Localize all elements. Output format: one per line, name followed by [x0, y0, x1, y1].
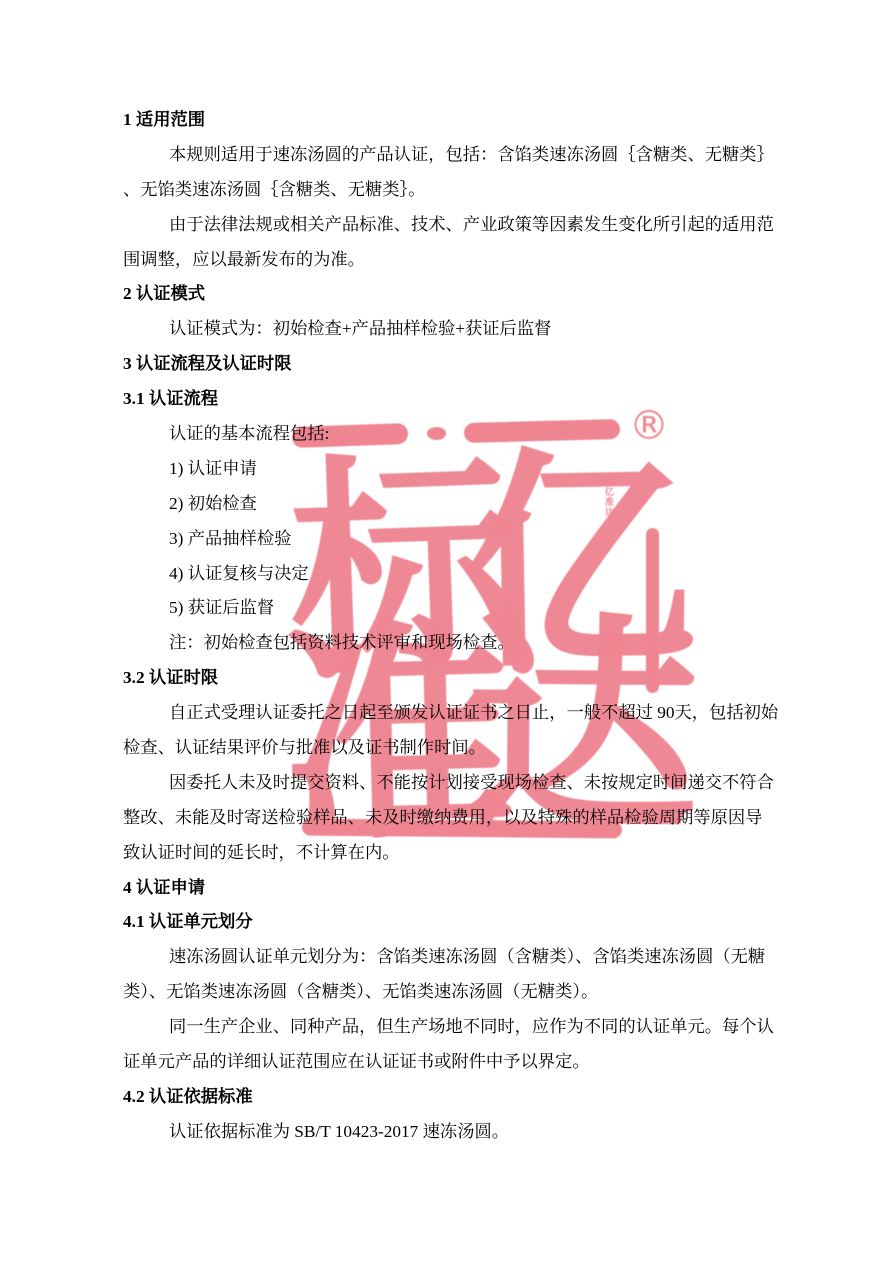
list-item: 2) 初始检查	[123, 487, 785, 522]
section-heading: 4.1 认证单元划分	[123, 905, 785, 940]
doc-line: 认证模式为：初始检查+产品抽样检验+获证后监督	[123, 312, 785, 347]
document-content: 1 适用范围 本规则适用于速冻汤圆的产品认证，包括：含馅类速冻汤圆｛含糖类、无糖…	[123, 103, 785, 1150]
note-line: 注：初始检查包括资料技术评审和现场检查。	[123, 626, 785, 661]
section-heading: 4.2 认证依据标准	[123, 1080, 785, 1115]
document-page: ® 标亿准达 标 亿 准 达 1 适用范围 本规则适用于速冻汤圆的产品认证，包括…	[0, 0, 893, 1263]
doc-line: 致认证时间的延长时，不计算在内。	[123, 836, 785, 871]
doc-line: 自正式受理认证委托之日起至颁发认证证书之日止，一般不超过 90天，包括初始	[123, 696, 785, 731]
list-item: 3) 产品抽样检验	[123, 522, 785, 557]
doc-line: 整改、未能及时寄送检验样品、未及时缴纳费用，以及特殊的样品检验周期等原因导	[123, 801, 785, 836]
list-item: 1) 认证申请	[123, 452, 785, 487]
section-heading: 3.1 认证流程	[123, 382, 785, 417]
doc-line: 证单元产品的详细认证范围应在认证证书或附件中予以界定。	[123, 1045, 785, 1080]
section-heading: 4 认证申请	[123, 871, 785, 906]
doc-line: 认证依据标准为 SB/T 10423-2017 速冻汤圆。	[123, 1115, 785, 1150]
doc-line: 、无馅类速冻汤圆｛含糖类、无糖类｝。	[123, 173, 785, 208]
section-heading: 1 适用范围	[123, 103, 785, 138]
doc-line: 同一生产企业、同种产品，但生产场地不同时，应作为不同的认证单元。每个认	[123, 1010, 785, 1045]
doc-line: 因委托人未及时提交资料、不能按计划接受现场检查、未按规定时间递交不符合	[123, 766, 785, 801]
section-heading: 2 认证模式	[123, 277, 785, 312]
doc-line: 认证的基本流程包括:	[123, 417, 785, 452]
section-heading: 3 认证流程及认证时限	[123, 347, 785, 382]
doc-line: 本规则适用于速冻汤圆的产品认证，包括：含馅类速冻汤圆｛含糖类、无糖类｝	[123, 138, 785, 173]
list-item: 5) 获证后监督	[123, 591, 785, 626]
doc-line: 围调整，应以最新发布的为准。	[123, 243, 785, 278]
doc-line: 由于法律法规或相关产品标准、技术、产业政策等因素发生变化所引起的适用范	[123, 208, 785, 243]
doc-line: 检查、认证结果评价与批准以及证书制作时间。	[123, 731, 785, 766]
list-item: 4) 认证复核与决定	[123, 557, 785, 592]
doc-line: 类）、无馅类速冻汤圆（含糖类）、无馅类速冻汤圆（无糖类）。	[123, 975, 785, 1010]
doc-line: 速冻汤圆认证单元划分为：含馅类速冻汤圆（含糖类）、含馅类速冻汤圆（无糖	[123, 940, 785, 975]
section-heading: 3.2 认证时限	[123, 661, 785, 696]
